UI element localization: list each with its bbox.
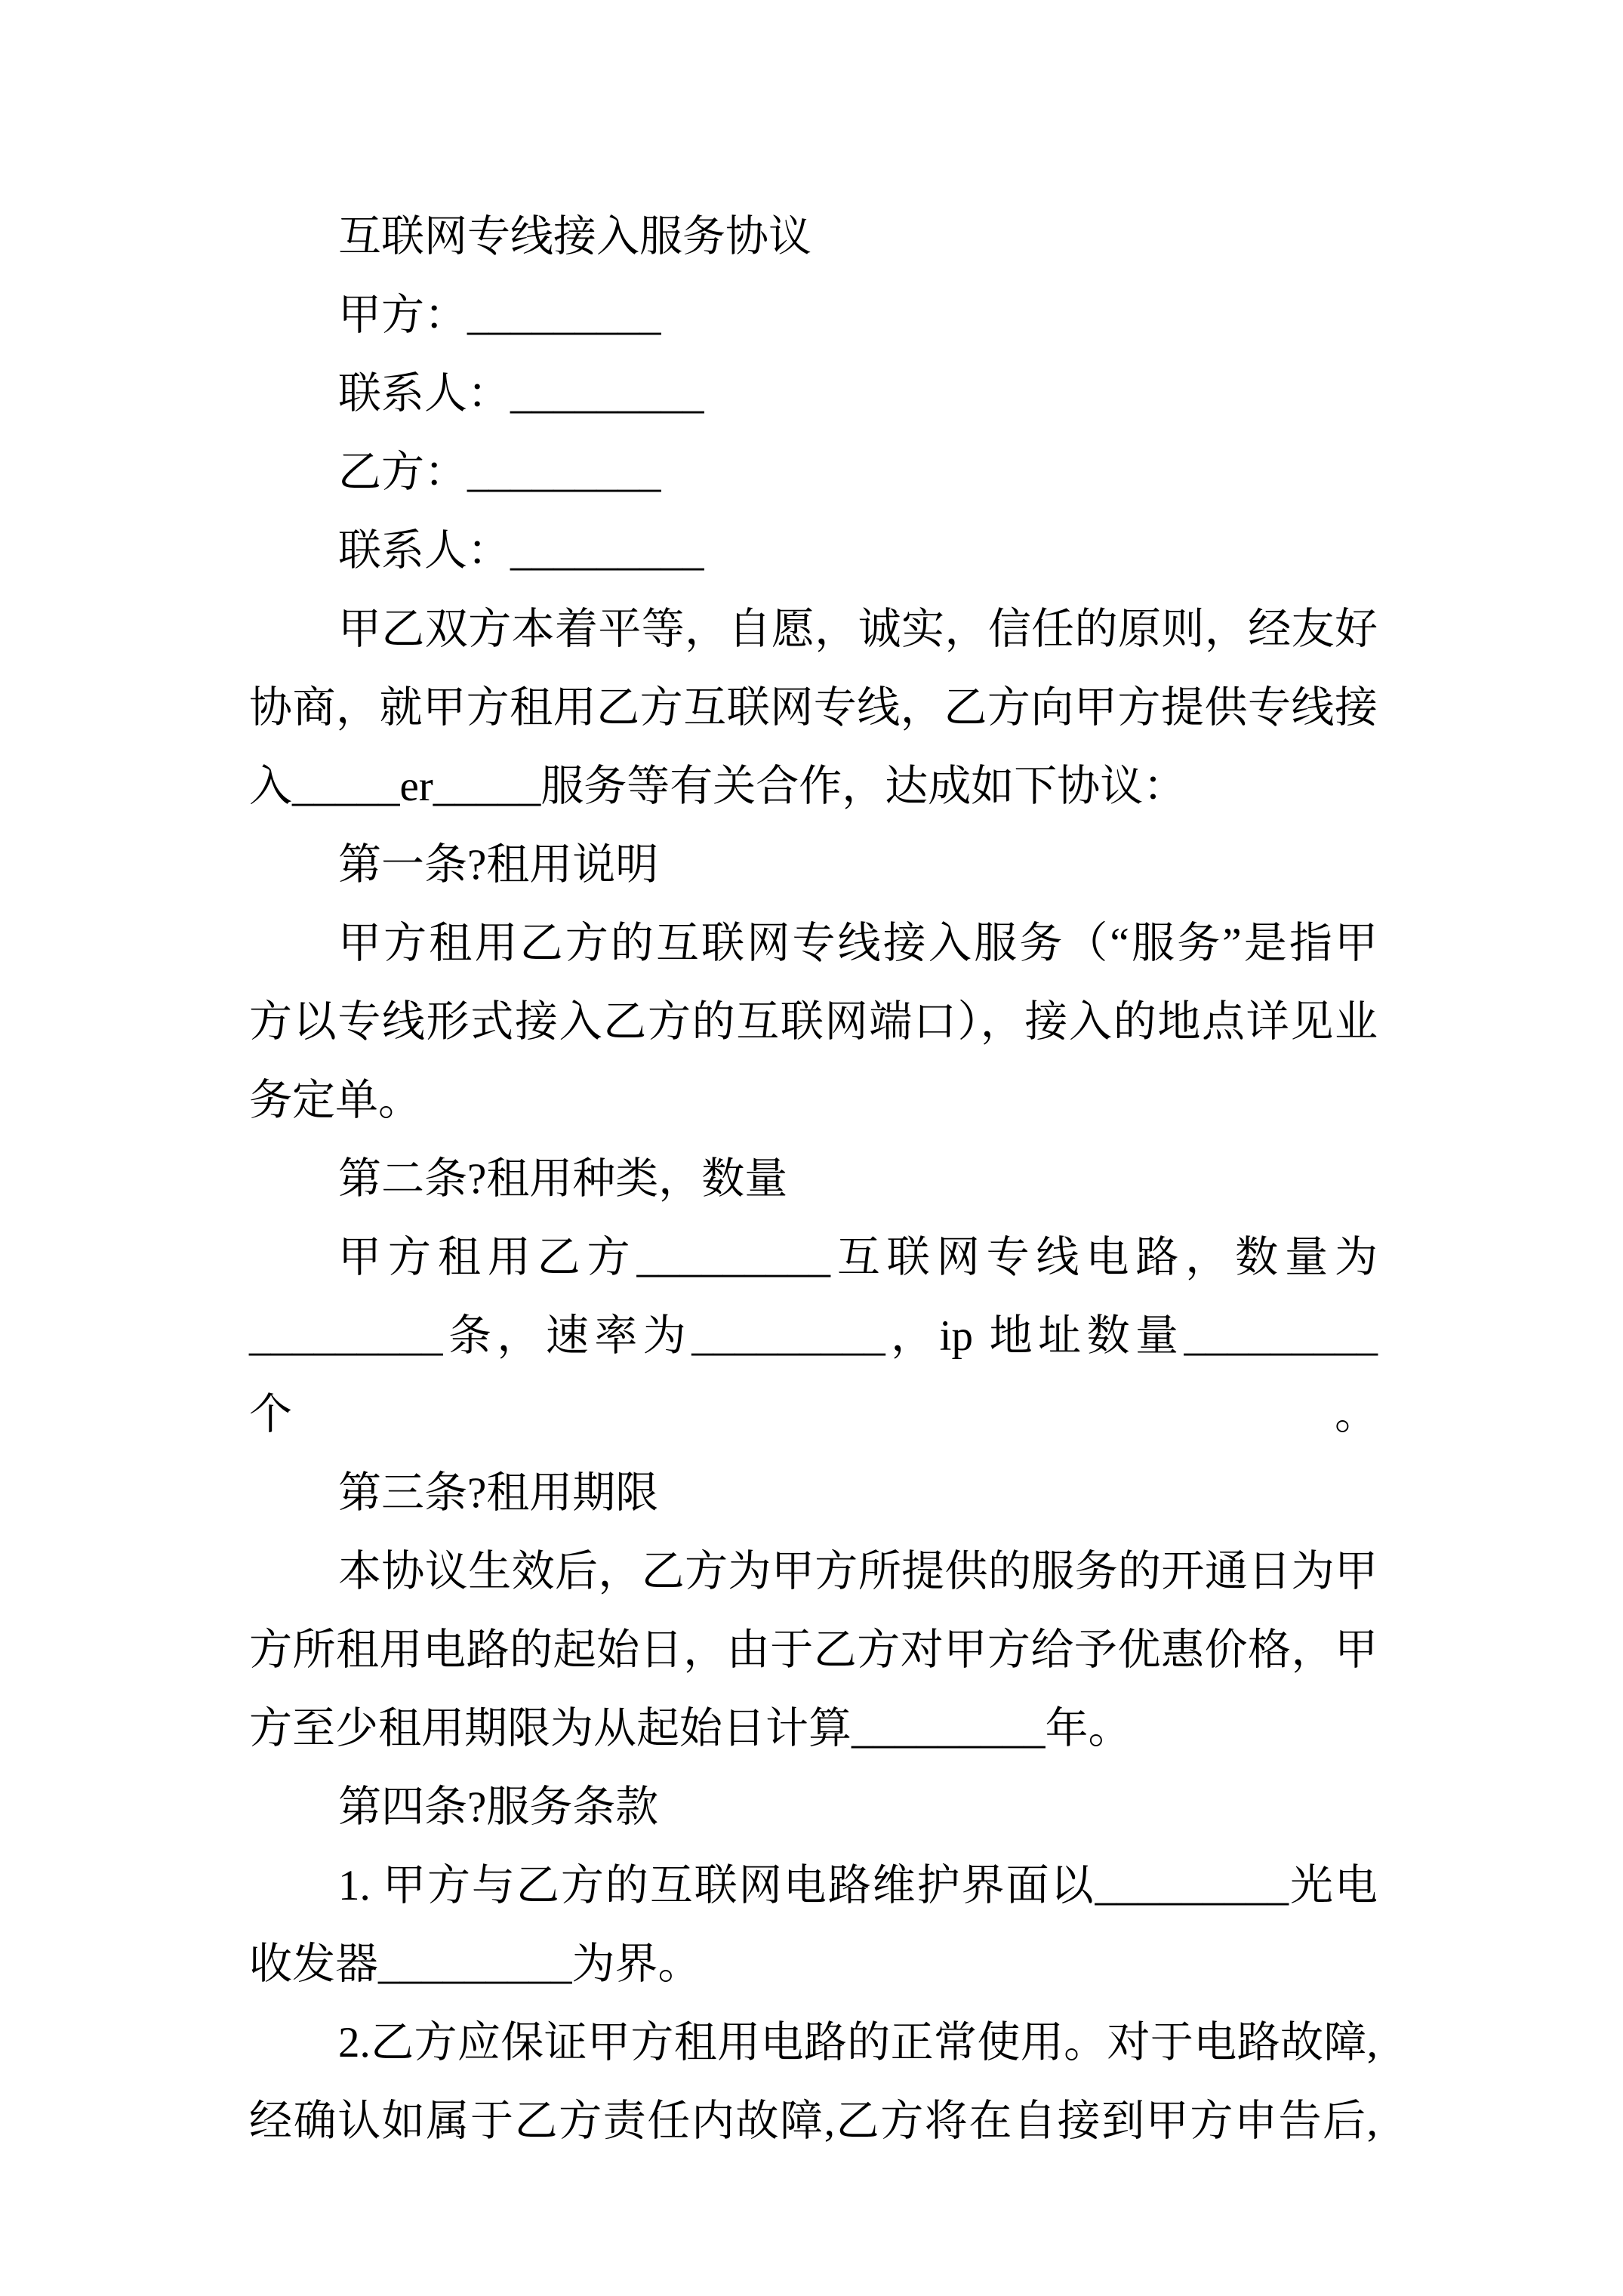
para-article1-line-3: 务定单。 <box>249 1062 1378 1140</box>
para-preamble-line-3: 入_____er_____服务等有关合作，达成如下协议： <box>249 747 1378 826</box>
para-article3-line-2: 方所租用电路的起始日，由于乙方对甲方给予优惠价格，甲 <box>249 1611 1378 1690</box>
field-contact-a: 联系人：_________ <box>249 355 1378 433</box>
para-article3-line-1: 本协议生效后，乙方为甲方所提供的服务的开通日为甲 <box>249 1533 1378 1611</box>
document-page: 互联网专线接入服务协议甲方：_________联系人：_________乙方：_… <box>0 0 1623 2296</box>
para-preamble-line-2: 协商，就甲方租用乙方互联网专线，乙方向甲方提供专线接 <box>249 669 1378 747</box>
para-clause2-line-1: 2.乙方应保证甲方租用电路的正常使用。对于电路故障, <box>249 2004 1378 2082</box>
para-clause1-line-2: 收发器_________为界。 <box>249 1925 1378 2004</box>
para-article3-line-3: 方至少租用期限为从起始日计算_________年。 <box>249 1690 1378 1768</box>
para-article1-line-1: 甲方租用乙方的互联网专线接入服务（“服务”是指甲 <box>249 905 1378 983</box>
para-clause2-line-2: 经确认如属于乙方责任内故障,乙方将在自接到甲方申告后, <box>249 2082 1378 2161</box>
heading-article-2: 第二条?租用种类，数量 <box>249 1140 1378 1219</box>
para-article2-line-1: 甲方租用乙方_________互联网专线电路，数量为 <box>249 1219 1378 1297</box>
para-preamble-line-1: 甲乙双方本着平等，自愿，诚实，信任的原则，经友好 <box>249 590 1378 669</box>
para-article2-line-2: _________条，速率为_________，ip 地址数量_________… <box>249 1297 1378 1454</box>
field-party-b: 乙方：_________ <box>249 433 1378 512</box>
document-title: 互联网专线接入服务协议 <box>249 198 1378 276</box>
field-party-a: 甲方：_________ <box>249 276 1378 355</box>
para-article1-line-2: 方以专线形式接入乙方的互联网端口），接入的地点详见业 <box>249 983 1378 1062</box>
heading-article-1: 第一条?租用说明 <box>249 826 1378 905</box>
field-contact-b: 联系人：_________ <box>249 512 1378 590</box>
document-body: 互联网专线接入服务协议甲方：_________联系人：_________乙方：_… <box>249 198 1378 2161</box>
para-clause1-line-1: 1. 甲方与乙方的互联网电路维护界面以_________光电 <box>249 1847 1378 1925</box>
heading-article-3: 第三条?租用期限 <box>249 1454 1378 1533</box>
heading-article-4: 第四条?服务条款 <box>249 1768 1378 1847</box>
